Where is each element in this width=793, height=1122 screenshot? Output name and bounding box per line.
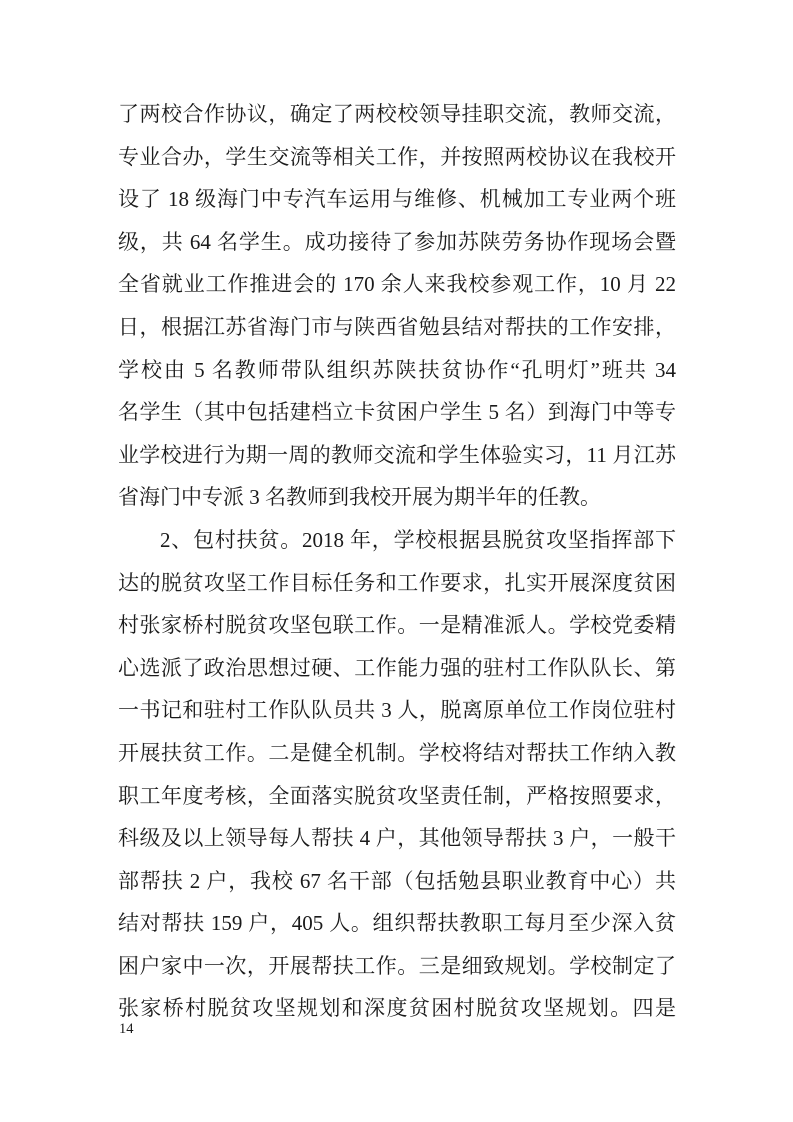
text-line: 设了 18 级海门中专汽车运用与维修、机械加工专业两个班 [118,178,676,221]
text-line: 全省就业工作推进会的 170 余人来我校参观工作，10 月 22 [118,263,676,306]
text-line: 职工年度考核，全面落实脱贫攻坚责任制，严格按照要求， [118,775,676,818]
text-line: 了两校合作协议，确定了两校校领导挂职交流，教师交流， [118,93,676,136]
text-line: 级，共 64 名学生。成功接待了参加苏陕劳务协作现场会暨 [118,221,676,264]
text-line: 2、包村扶贫。2018 年，学校根据县脱贫攻坚指挥部下 [118,519,676,562]
page-number: 14 [119,1020,134,1038]
text-line: 名学生（其中包括建档立卡贫困户学生 5 名）到海门中等专 [118,391,676,434]
text-line: 学校由 5 名教师带队组织苏陕扶贫协作“孔明灯”班共 34 [118,349,676,392]
text-line: 心选派了政治思想过硬、工作能力强的驻村工作队队长、第 [118,647,676,690]
text-line: 专业合办，学生交流等相关工作，并按照两校协议在我校开 [118,136,676,179]
text-line: 村张家桥村脱贫攻坚包联工作。一是精准派人。学校党委精 [118,604,676,647]
text-line: 省海门中专派 3 名教师到我校开展为期半年的任教。 [118,476,676,519]
text-line: 日，根据江苏省海门市与陕西省勉县结对帮扶的工作安排， [118,306,676,349]
text-column: 了两校合作协议，确定了两校校领导挂职交流，教师交流，专业合办，学生交流等相关工作… [118,93,676,1030]
text-line: 困户家中一次，开展帮扶工作。三是细致规划。学校制定了 [118,945,676,988]
text-line: 达的脱贫攻坚工作目标任务和工作要求，扎实开展深度贫困 [118,562,676,605]
document-page: 了两校合作协议，确定了两校校领导挂职交流，教师交流，专业合办，学生交流等相关工作… [0,0,793,1122]
text-line: 开展扶贫工作。二是健全机制。学校将结对帮扶工作纳入教 [118,732,676,775]
text-line: 科级及以上领导每人帮扶 4 户，其他领导帮扶 3 户，一般干 [118,817,676,860]
text-line: 张家桥村脱贫攻坚规划和深度贫困村脱贫攻坚规划。四是 [118,987,676,1030]
text-line: 部帮扶 2 户，我校 67 名干部（包括勉县职业教育中心）共 [118,860,676,903]
text-line: 一书记和驻村工作队队员共 3 人，脱离原单位工作岗位驻村 [118,689,676,732]
text-line: 业学校进行为期一周的教师交流和学生体验实习，11 月江苏 [118,434,676,477]
text-line: 结对帮扶 159 户，405 人。组织帮扶教职工每月至少深入贫 [118,902,676,945]
